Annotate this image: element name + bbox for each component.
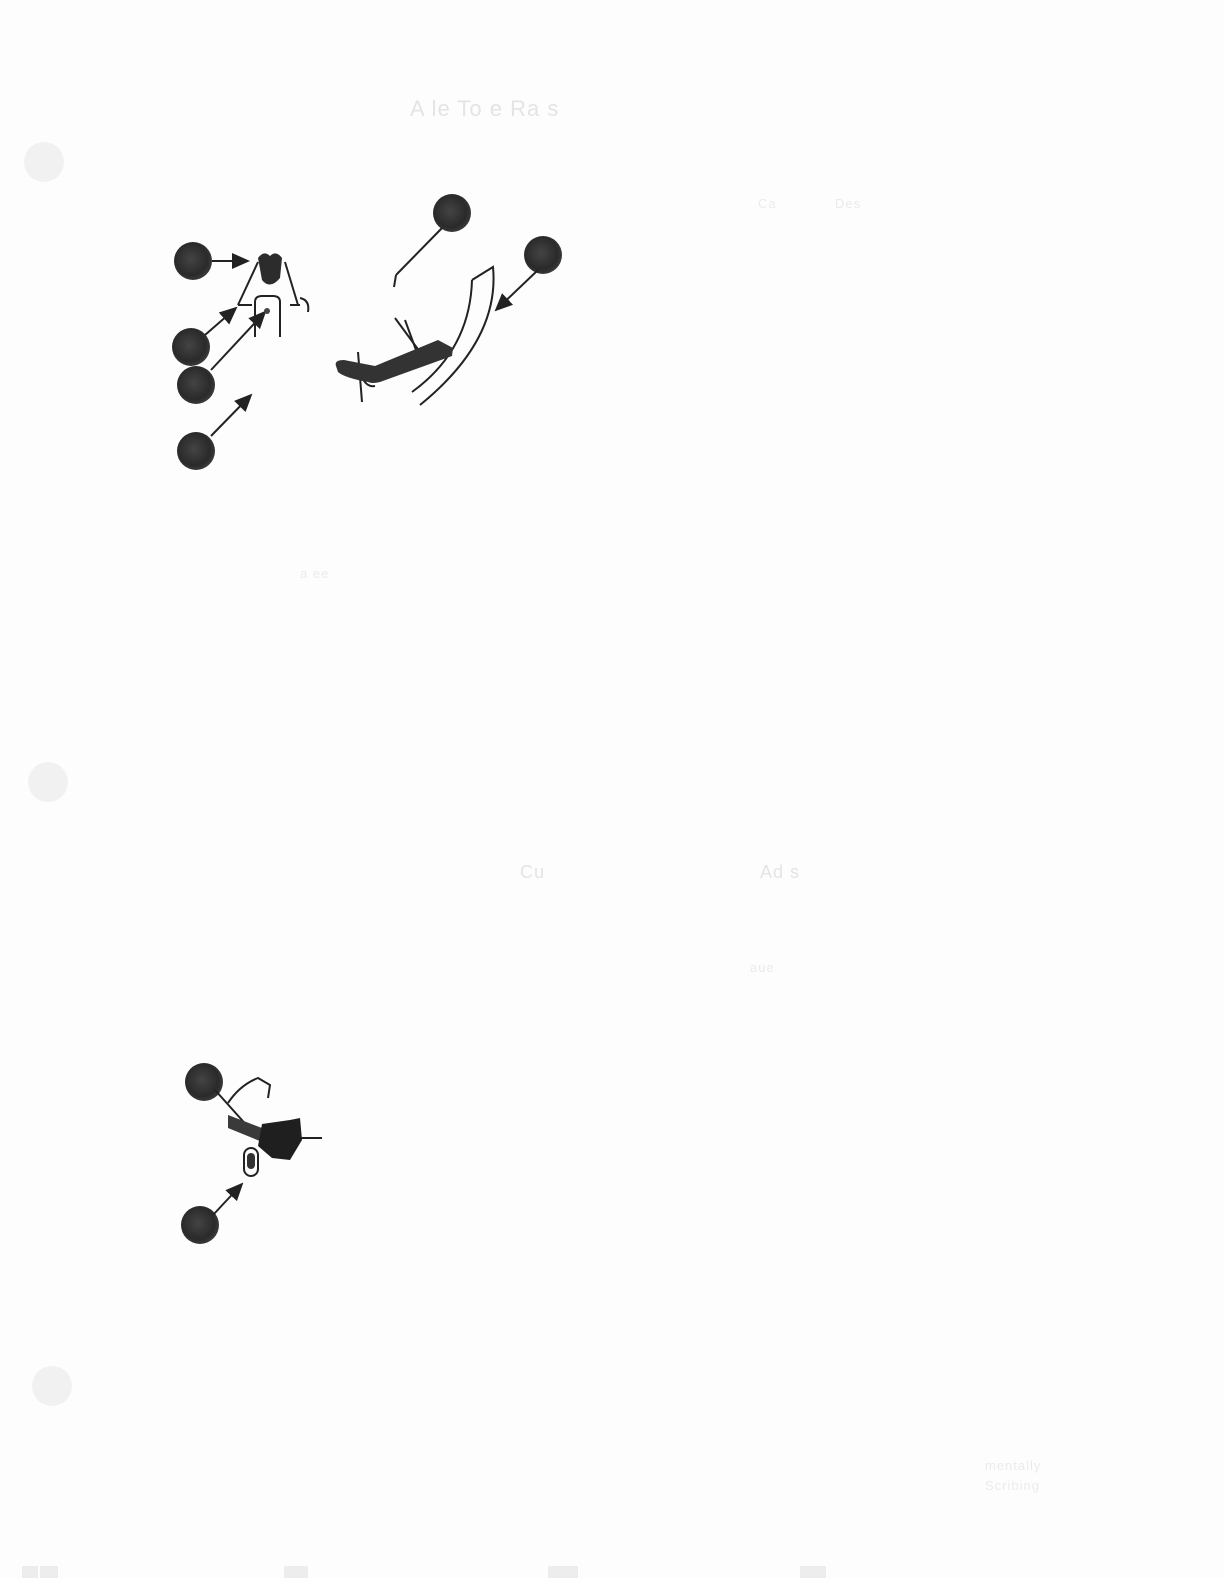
scan-artifact [800,1566,826,1578]
scan-artifact [40,1566,58,1578]
scan-artifact [284,1566,308,1578]
scan-artifact [548,1566,578,1578]
scan-artifact [22,1566,38,1578]
mechanical-diagram [0,0,1224,1578]
